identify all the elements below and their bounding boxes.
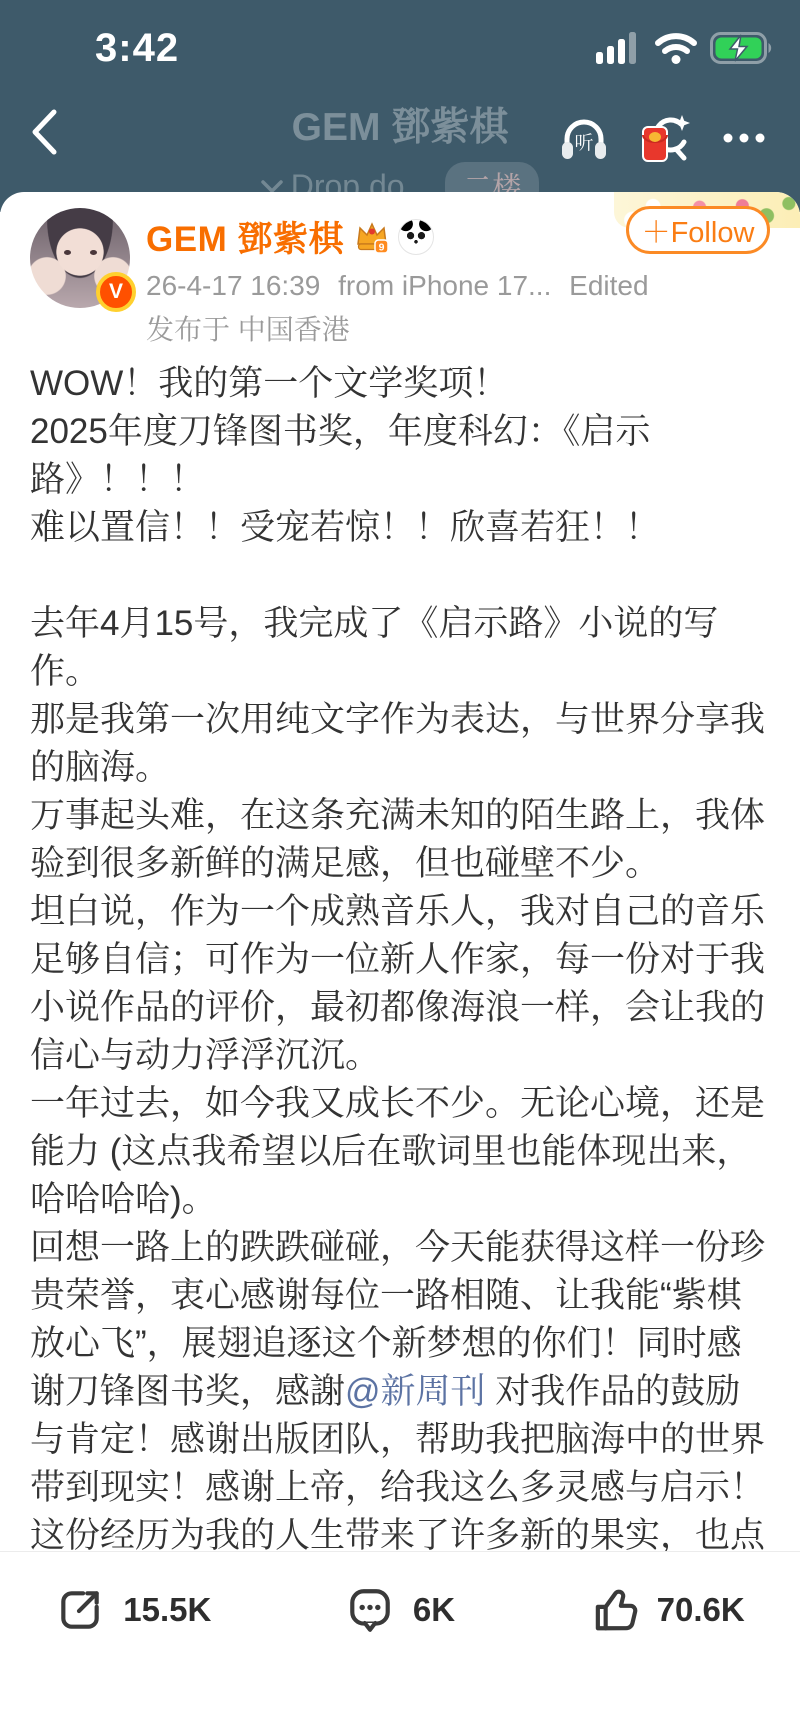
nav-actions: 听 — [556, 110, 772, 166]
post-meta: 26-4-17 16:39 from iPhone 17... Edited — [146, 270, 659, 302]
post-timestamp: 26-4-17 16:39 — [146, 270, 320, 301]
status-icons — [596, 32, 774, 64]
post-text-segment: 那是我第一次用纯文字作为表达，与世界分享我的脑海。 — [30, 700, 765, 787]
thumbs-up-icon — [589, 1585, 639, 1635]
post-text-segment: WOW！我的第一个文学奖项！ — [30, 364, 508, 403]
share-icon — [55, 1585, 105, 1635]
comment-button[interactable]: 6K — [267, 1582, 534, 1638]
follow-button[interactable]: ＋Follow — [626, 206, 770, 254]
verified-v-badge: V — [96, 272, 136, 312]
header: 3:42 — [0, 0, 800, 212]
comment-count: 6K — [413, 1591, 455, 1629]
wifi-icon — [654, 32, 698, 64]
cellular-signal-icon — [596, 32, 642, 64]
edited-label: Edited — [569, 270, 648, 301]
status-time: 3:42 — [95, 26, 179, 71]
share-button[interactable]: 15.5K — [0, 1582, 267, 1638]
share-count: 15.5K — [123, 1591, 211, 1629]
post-text: WOW！我的第一个文学奖项！2025年度刀锋图书奖，年度科幻：《启示路》！！！难… — [30, 360, 772, 1575]
post-text-segment: 难以置信！！受宠若惊！！欣喜若狂！！ — [30, 508, 660, 547]
action-bar: 15.5K 6K 70.6K — [0, 1551, 800, 1731]
post-location: 发布于 中国香港 — [146, 308, 659, 348]
profile-row: V GEM 鄧紫棋 9 — [0, 192, 800, 348]
post-source: from iPhone 17... — [338, 270, 551, 301]
svg-text:9: 9 — [379, 242, 385, 254]
vip-crown-icon: 9 — [354, 219, 390, 255]
listen-audio-button[interactable]: 听 — [556, 110, 612, 166]
red-packet-search-button[interactable] — [636, 110, 692, 166]
back-chevron-icon — [30, 108, 58, 156]
svg-text:听: 听 — [574, 132, 593, 154]
user-name[interactable]: GEM 鄧紫棋 — [146, 212, 344, 262]
back-button[interactable] — [30, 104, 80, 160]
like-button[interactable]: 70.6K — [533, 1582, 800, 1638]
post-text-segment: 2025年度刀锋图书奖，年度科幻：《启示路》！！！ — [30, 412, 650, 499]
weibo-post-screen: 3:42 — [0, 0, 800, 1731]
post-text-segment: 去年4月15号，我完成了《启示路》小说的写作。 — [30, 604, 718, 691]
comment-icon — [345, 1585, 395, 1635]
panda-emoji — [398, 219, 434, 255]
like-count: 70.6K — [657, 1591, 745, 1629]
more-options-button[interactable] — [716, 110, 772, 166]
post-text-segment: 坦白说，作为一个成熟音乐人，我对自己的音乐足够自信；可作为一位新人作家，每一份对… — [30, 892, 765, 1075]
avatar[interactable]: V — [30, 208, 130, 308]
mention-link[interactable]: @新周刊 — [345, 1372, 486, 1411]
post-card: V GEM 鄧紫棋 9 — [0, 192, 800, 1551]
post-text-segment: 万事起头难，在这条充满未知的陌生路上，我体验到很多新鲜的满足感，但也碰壁不少。 — [30, 796, 765, 883]
post-text-segment: 一年过去，如今我又成长不少。无论心境，还是能力 (这点我希望以后在歌词里也能体现… — [30, 1084, 765, 1219]
battery-charging-icon — [710, 32, 774, 64]
